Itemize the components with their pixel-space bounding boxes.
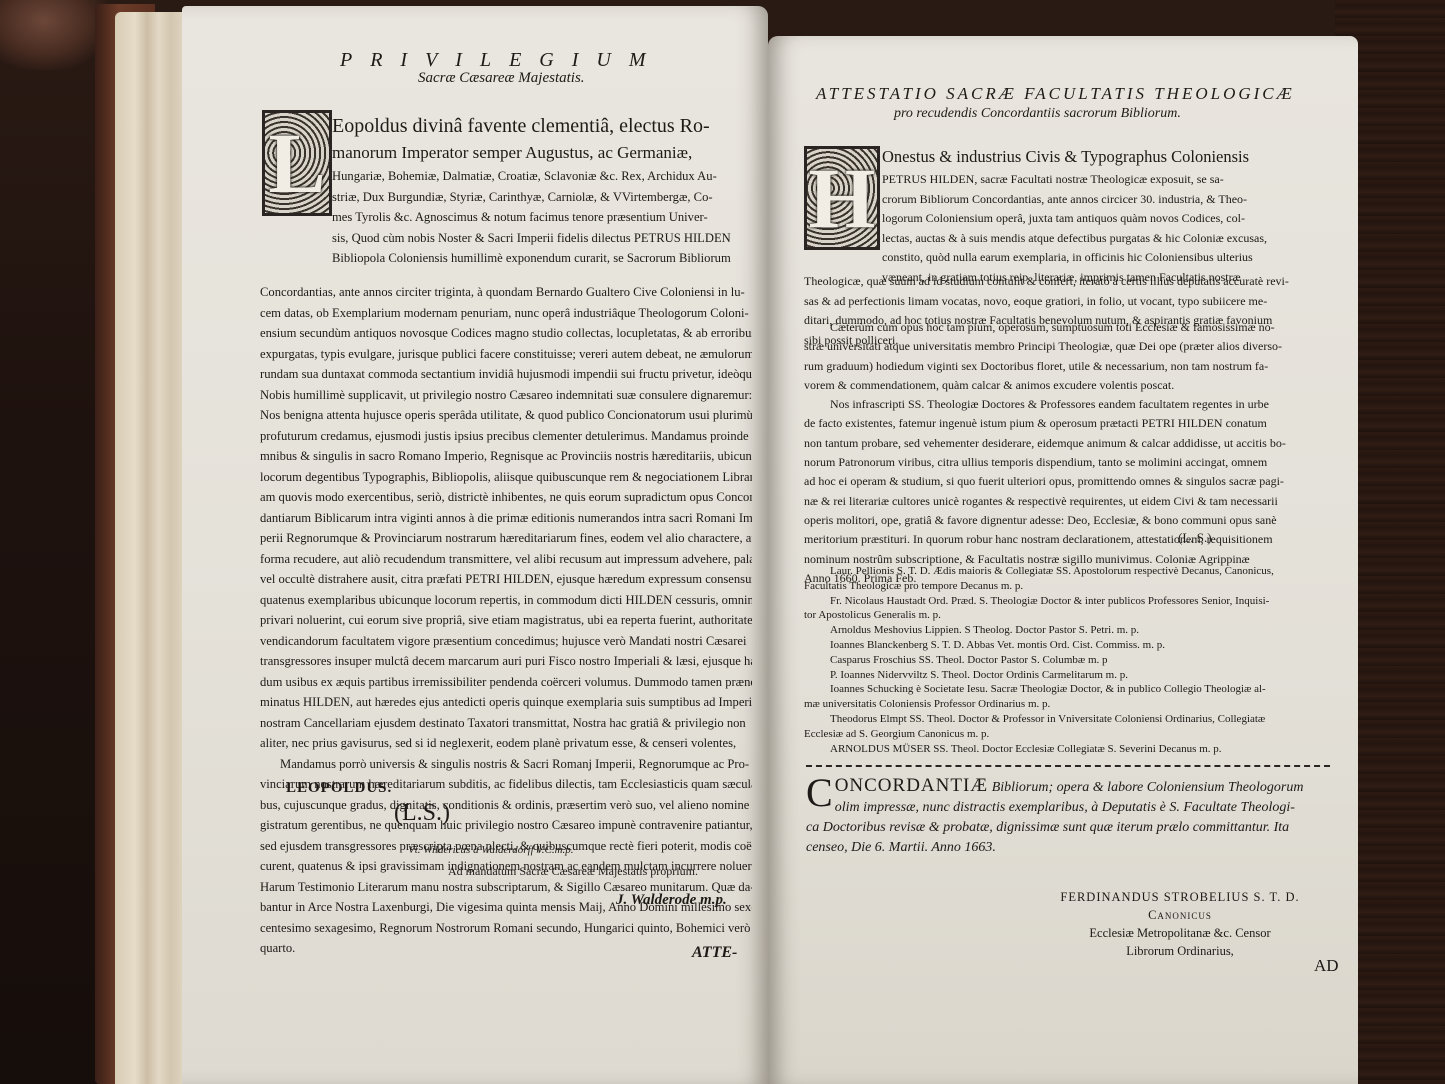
text-line: privari noluerint, cui eorum sive propri…: [260, 610, 752, 631]
secretary-signature: J. Walderode m.p.: [616, 892, 727, 909]
text-line: vendicandorum facultatem vigore præsenti…: [260, 631, 752, 652]
text-line: vorem & commendationem, quàm calcar & an…: [804, 376, 1304, 395]
text-line: næ & rei literariæ cultores unicè rogant…: [804, 492, 1304, 511]
attestatio-subheading: pro recudendis Concordantiis sacrorum Bi…: [894, 106, 1181, 122]
privilegium-heading: PRIVILEGIUM: [340, 49, 664, 72]
text-line: nostram Cancellariam ejusdem destinato T…: [260, 713, 752, 734]
text-line: Nobis humillimè supplicavit, ut privileg…: [260, 385, 752, 406]
text-line: ensium secundùm antiquos novosque Codice…: [260, 323, 752, 344]
attestatio-paragraph-2: Cæterùm cum opus hoc tam pium, operosum,…: [804, 318, 1304, 588]
left-page: PRIVILEGIUM Sacræ Cæsareæ Majestatis. L …: [182, 6, 768, 1084]
text-line: mnibus & singulis in sacro Romano Imperi…: [260, 446, 752, 467]
censor-line: FERDINANDUS STROBELIUS S. T. D. Canonicu…: [1030, 888, 1330, 924]
signer-line: Facultatis Theologicæ pro tempore Decanu…: [804, 579, 1324, 594]
text-line: constito, quòd nulla earum exemplaria, i…: [882, 248, 1300, 268]
text-line: Onestus & industrius Civis & Typographus…: [882, 144, 1300, 170]
signer-line: Ioannes Blanckenberg S. T. D. Abbas Vet.…: [804, 638, 1324, 653]
countersignature: Vt. Wildericus à Walderdorff V.C.m.p.: [408, 844, 574, 856]
text-line: forma recudere, aut aliò recudendum tran…: [260, 549, 752, 570]
text-line: Eopoldus divinâ favente clementiâ, elect…: [332, 112, 752, 140]
text-line: perii Regnorumque & Provinciarum nostrar…: [260, 528, 752, 549]
text-line: norum Patronorum viribus, citra ullius t…: [804, 453, 1304, 472]
privilegium-subheading: Sacræ Cæsareæ Majestatis.: [418, 70, 585, 87]
text-line: transgressores insuper mulctâ decem marc…: [260, 651, 752, 672]
text-line: crorum Bibliorum Concordantias, ante ann…: [882, 190, 1300, 210]
concordantiae-approbation: C ONCORDANTIÆ Bibliorum; opera & labore …: [806, 776, 1330, 858]
censor-signature: FERDINANDUS STROBELIUS S. T. D. Canonicu…: [1030, 888, 1330, 960]
text-line: dantiarum Biblicarum intra viginti annos…: [260, 508, 752, 529]
text-line: rundam sua duntaxat commoda sectantium i…: [260, 364, 752, 385]
text-line: logorum Coloniensium operâ, juxta tam an…: [882, 209, 1300, 229]
seal-ls: (L. S.): [1178, 530, 1212, 546]
signatories-list: Laur. Pellionis S. T. D. Ædis maioris & …: [804, 564, 1324, 756]
text-line: operis molitori, ope, gratiâ & favore di…: [804, 511, 1304, 530]
concordantiae-caps: ONCORDANTIÆ: [835, 775, 989, 796]
text-line: quatenus exemplaribus ubicunque locorum …: [260, 590, 752, 611]
text-line: centesimo sexagesimo, Regnorum Nostrorum…: [260, 918, 752, 939]
text-line: Nos infrascripti SS. Theologiæ Doctores …: [804, 395, 1304, 414]
section-divider: [806, 765, 1330, 767]
text-line: dum usibus ex æquis partibus irremissibi…: [260, 672, 752, 693]
text-line: ca Doctoribus revisæ & probatæ, dignissi…: [806, 820, 1289, 835]
signer-line: Arnoldus Meshovius Lippien. S Theolog. D…: [804, 623, 1324, 638]
text-line: de facto existentes, fatemur ingenuè ist…: [804, 414, 1304, 433]
signer-line: Theodorus Elmpt SS. Theol. Doctor & Prof…: [804, 712, 1324, 727]
text-line: stræ universitati atque universitatis me…: [804, 337, 1304, 356]
text-line: PETRUS HILDEN, sacræ Facultati nostræ Th…: [882, 170, 1300, 190]
censor-line: Librorum Ordinarius,: [1030, 942, 1330, 960]
text-line: sis, Quod cùm nobis Noster & Sacri Imper…: [332, 228, 752, 249]
catchword: AD: [1314, 956, 1339, 976]
text-line: striæ, Dux Burgundiæ, Styriæ, Carinthyæ,…: [332, 187, 752, 208]
right-page: ATTESTATIO SACRÆ FACULTATIS THEOLOGICÆ p…: [768, 36, 1358, 1084]
text-line: rum graduum) hodiedum viginti sex Doctor…: [804, 357, 1304, 376]
text-line: cem datas, ob Exemplarium modernam penur…: [260, 303, 752, 324]
text-line: non tantum probare, sed vehementer desid…: [804, 434, 1304, 453]
text-line: ad hoc ei operam & studium, si quo fueri…: [804, 472, 1304, 491]
text-line: mes Tyrolis &c. Agnoscimus & notum facim…: [332, 207, 752, 228]
text-line: Bibliorum; opera & labore Coloniensium T…: [992, 780, 1304, 795]
signer-line: ARNOLDUS MÜSER SS. Theol. Doctor Ecclesi…: [804, 742, 1324, 757]
text-line: censeo, Die 6. Martii. Anno 1663.: [806, 840, 996, 855]
text-line: olim impressæ, nunc distractis exemplari…: [835, 800, 1295, 815]
text-line: Cæterùm cum opus hoc tam pium, operosum,…: [804, 318, 1304, 337]
seal-ls: (L.S.): [394, 800, 450, 827]
wood-carving: [0, 0, 110, 70]
text-line: Theologicæ, quæ suum ad id studium contu…: [804, 272, 1304, 292]
attestatio-opening: Onestus & industrius Civis & Typographus…: [882, 144, 1300, 287]
text-line: Hungariæ, Bohemiæ, Dalmatiæ, Croatiæ, Sc…: [332, 166, 752, 187]
decorated-initial-h: H: [804, 146, 880, 250]
text-line: minatus HILDEN, aut hæredes ejus antedic…: [260, 692, 752, 713]
text-line: sas & ad perfectionis limam vocatas, nov…: [804, 292, 1304, 312]
decorated-initial-l: L: [262, 110, 332, 216]
catchword: ATTE-: [692, 944, 737, 962]
text-line: expurgatas, typis evulgare, jurisque pub…: [260, 344, 752, 365]
privilegium-body: Concordantias, ante annos circiter trigi…: [260, 282, 752, 959]
initial-letter: L: [265, 113, 329, 213]
text-line: am quovis modo exercentibus, seriò, dist…: [260, 487, 752, 508]
initial-c: C: [806, 776, 833, 810]
signer-line: Ecclesiæ ad S. Georgium Canonicus m. p.: [804, 727, 1324, 742]
text-line: lectas, auctas & à suis mendis atque def…: [882, 229, 1300, 249]
censor-line: Ecclesiæ Metropolitanæ &c. Censor: [1030, 924, 1330, 942]
text-line: Bibliopola Coloniensis humillimè exponen…: [332, 248, 752, 269]
signer-line: tor Apostolicus Generalis m. p.: [804, 608, 1324, 623]
text-line: Mandamus porrò universis & singulis nost…: [260, 754, 752, 775]
privilegium-opening: Eopoldus divinâ favente clementiâ, elect…: [332, 112, 752, 269]
text-line: Nos benigna attenta hujusce operis sperâ…: [260, 405, 752, 426]
text-line: gistratum gerentibus, ne quenquam huic p…: [260, 815, 752, 836]
signer-line: Laur. Pellionis S. T. D. Ædis maioris & …: [804, 564, 1324, 579]
signer-line: mæ universitatis Coloniensis Professor O…: [804, 697, 1324, 712]
signature-leopoldus: LEOPOLDUS.: [286, 780, 392, 797]
mandate-line: Ad mandatum Sacræ Cæsareæ Majestatis pro…: [448, 864, 698, 879]
signer-line: Ioannes Schucking è Societate Iesu. Sacr…: [804, 682, 1324, 697]
text-line: Concordantias, ante annos circiter trigi…: [260, 282, 752, 303]
signer-line: Fr. Nicolaus Haustadt Ord. Præd. S. Theo…: [804, 594, 1324, 609]
text-line: meritorium præstituri. In quorum robur h…: [804, 530, 1304, 549]
text-line: profuturum credamus, ejusmodi justis ips…: [260, 426, 752, 447]
signer-line: P. Ioannes Nidervviltz S. Theol. Doctor …: [804, 668, 1324, 683]
signer-line: Casparus Froschius SS. Theol. Doctor Pas…: [804, 653, 1324, 668]
text-line: bus, cujuscunque gradus, dignitatis, con…: [260, 795, 752, 816]
initial-letter: H: [807, 149, 877, 247]
text-line: locorum degentibus Typographis, Bibliopo…: [260, 467, 752, 488]
text-line: manorum Imperator semper Augustus, ac Ge…: [332, 140, 752, 166]
text-line: quarto.: [260, 938, 752, 959]
attestatio-heading: ATTESTATIO SACRÆ FACULTATIS THEOLOGICÆ: [816, 84, 1295, 104]
text-line: vel occultè distrahere ausit, citra præf…: [260, 569, 752, 590]
text-line: aliter, nec prius gavisurus, sed si id n…: [260, 733, 752, 754]
